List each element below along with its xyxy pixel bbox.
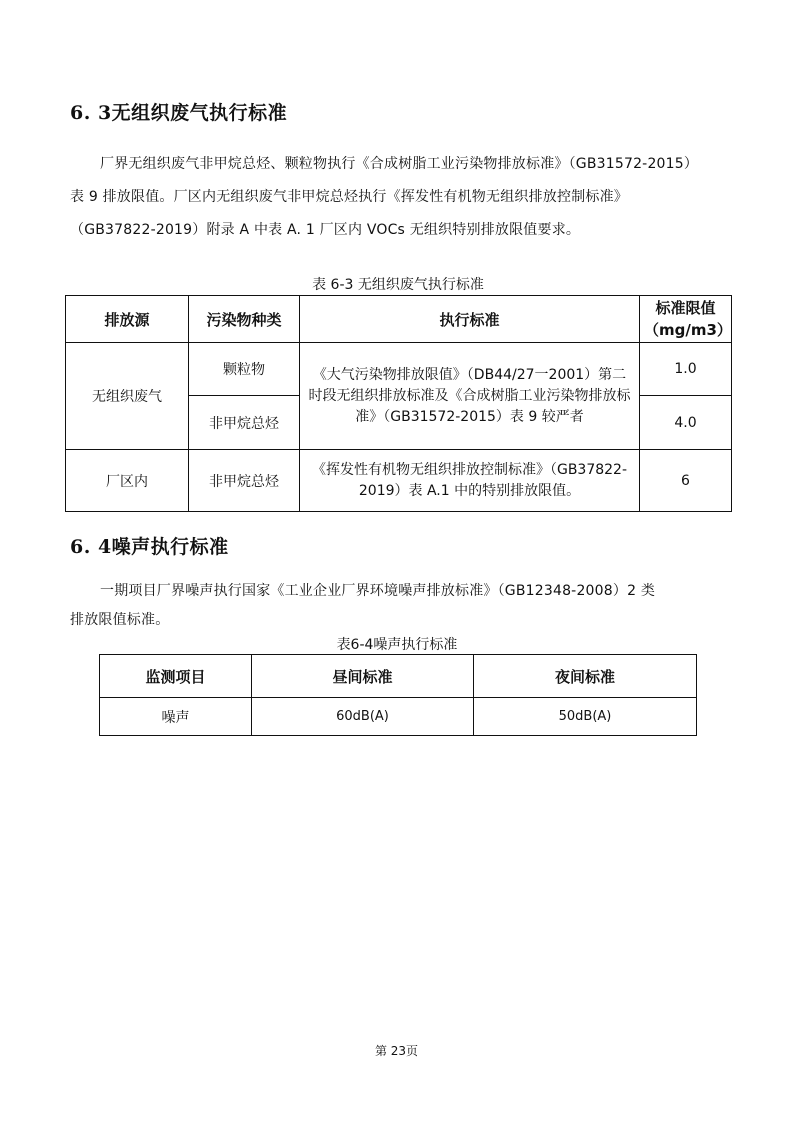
header-limit: 标准限值 （mg/m3） <box>640 296 732 343</box>
cell-source: 厂区内 <box>66 450 189 512</box>
cell-standard: 《大气污染物排放限值》（DB44/27一2001）第二时段无组织排放标准及《合成… <box>300 343 640 450</box>
section-heading-6-3: 6. 3无组织废气执行标准 <box>70 98 287 125</box>
header-day: 昼间标准 <box>252 655 474 698</box>
table-row: 无组织废气 颗粒物 《大气污染物排放限值》（DB44/27一2001）第二时段无… <box>66 343 732 396</box>
paragraph-6-3-line3: （GB37822-2019）附录 A 中表 A. 1 厂区内 VOCs 无组织特… <box>70 214 740 247</box>
header-item: 监测项目 <box>100 655 252 698</box>
header-pollutant: 污染物种类 <box>189 296 300 343</box>
table-header-row: 排放源 污染物种类 执行标准 标准限值 （mg/m3） <box>66 296 732 343</box>
section-heading-6-4: 6. 4噪声执行标准 <box>70 532 229 559</box>
cell-night: 50dB(A) <box>474 698 697 736</box>
header-source: 排放源 <box>66 296 189 343</box>
cell-item: 噪声 <box>100 698 252 736</box>
page-number: 第 23页 <box>340 1042 453 1059</box>
table-caption-6-3: 表 6-3 无组织废气执行标准 <box>65 274 731 294</box>
table-row: 噪声 60dB(A) 50dB(A) <box>100 698 697 736</box>
cell-pollutant: 非甲烷总烃 <box>189 450 300 512</box>
paragraph-6-3-line2: 表 9 排放限值。厂区内无组织废气非甲烷总烃执行《挥发性有机物无组织排放控制标准… <box>70 181 740 214</box>
table-row: 厂区内 非甲烷总烃 《挥发性有机物无组织排放控制标准》（GB37822-2019… <box>66 450 732 512</box>
paragraph-6-3-line1: 厂界无组织废气非甲烷总烃、颗粒物执行《合成树脂工业污染物排放标准》（GB3157… <box>100 148 740 181</box>
table-6-4: 监测项目 昼间标准 夜间标准 噪声 60dB(A) 50dB(A) <box>99 654 697 736</box>
cell-pollutant: 非甲烷总烃 <box>189 396 300 450</box>
cell-day: 60dB(A) <box>252 698 474 736</box>
paragraph-6-4-line2: 排放限值标准。 <box>70 604 740 637</box>
table-header-row: 监测项目 昼间标准 夜间标准 <box>100 655 697 698</box>
cell-source: 无组织废气 <box>66 343 189 450</box>
cell-limit: 1.0 <box>640 343 732 396</box>
cell-limit: 4.0 <box>640 396 732 450</box>
header-limit-unit: （mg/m3） <box>644 319 727 341</box>
cell-limit: 6 <box>640 450 732 512</box>
table-6-3: 排放源 污染物种类 执行标准 标准限值 （mg/m3） 无组织废气 颗粒物 《大… <box>65 295 732 512</box>
table-caption-6-4: 表6-4噪声执行标准 <box>99 634 695 654</box>
header-standard: 执行标准 <box>300 296 640 343</box>
cell-standard: 《挥发性有机物无组织排放控制标准》（GB37822-2019）表 A.1 中的特… <box>300 450 640 512</box>
cell-pollutant: 颗粒物 <box>189 343 300 396</box>
header-limit-label: 标准限值 <box>644 297 727 319</box>
header-night: 夜间标准 <box>474 655 697 698</box>
